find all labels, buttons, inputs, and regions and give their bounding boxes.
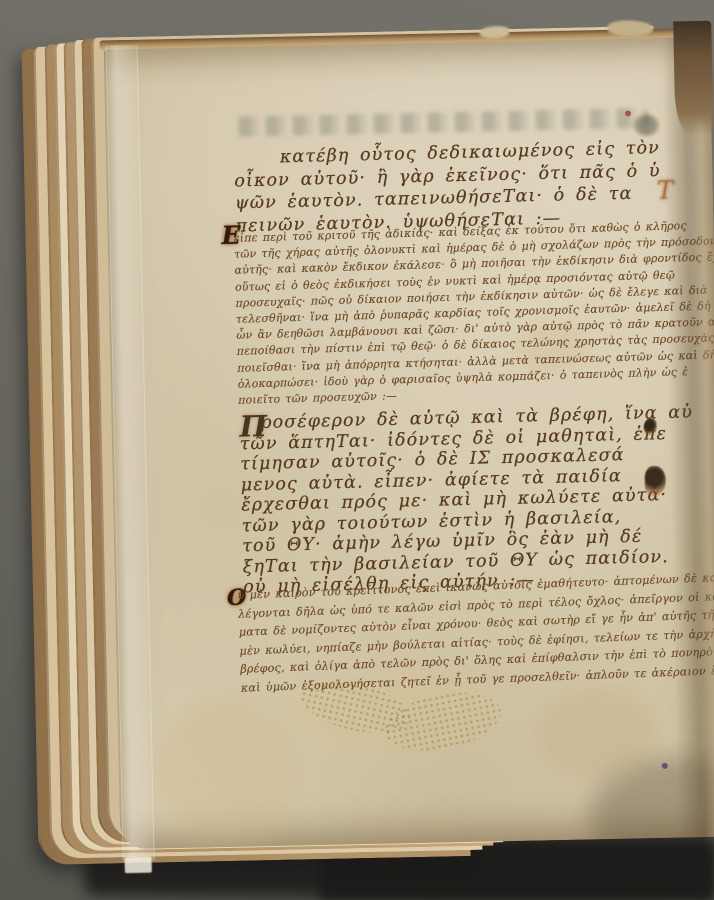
purple-ink-dot (662, 763, 668, 769)
red-ink-dot (625, 110, 631, 116)
quire-edge-corner (673, 21, 713, 136)
thread-fray (607, 20, 653, 37)
gospel-lemma-block-2: ροσέφερον δὲ αὐτῷ καὶ τὰ βρέφη, ἵνα αὐτῶ… (239, 402, 697, 598)
manuscript-book: κατέβη οὗτος δεδικαιωμένος εἰς τὸνοἶκον … (9, 21, 714, 871)
ink-smudge (633, 114, 659, 137)
commentary-block-1: εἶπε περὶ τοῦ κριτοῦ τῆς ἀδικίας· καὶ δε… (233, 216, 714, 409)
photo-background: κατέβη οὗτος δεδικαιωμένος εἰς τὸνοἶκον … (0, 0, 714, 900)
stain (155, 696, 298, 850)
repair-tape-tail (125, 857, 152, 874)
gutter-crease (662, 37, 714, 838)
commentary-block-2: ὐ μὲν καιρὸν τοῦ κρείττονος ἐπεὶ ἱκανῶς … (237, 566, 714, 698)
manuscript-page: κατέβη οὗτος δεδικαιωμένος εἰς τὸνοἶκον … (104, 37, 714, 850)
erased-rubric-band (231, 108, 649, 137)
